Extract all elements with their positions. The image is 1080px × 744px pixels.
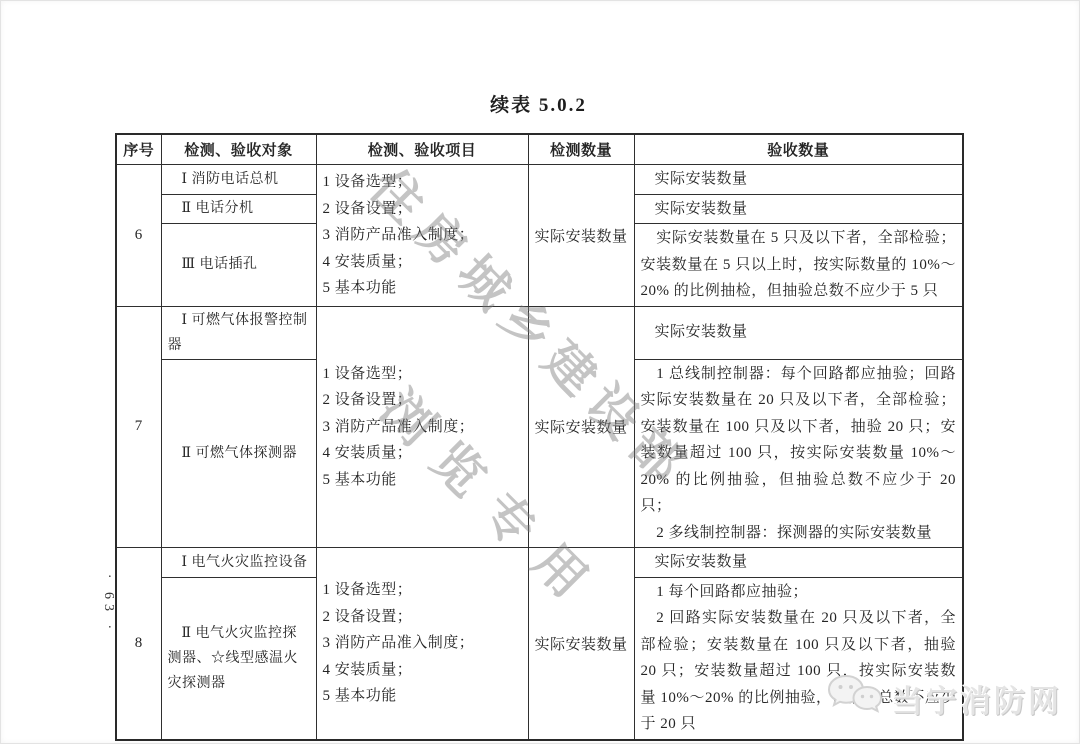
object-cell: Ⅱ 电气火灾监控探测器、☆线型感温火灾探测器 bbox=[161, 577, 316, 740]
item-text: 3 消防产品准入制度； bbox=[323, 630, 522, 657]
acceptance-text: 实际安装数量 bbox=[641, 549, 957, 576]
header-accept-qty: 验收数量 bbox=[634, 134, 963, 165]
item-text: 5 基本功能 bbox=[323, 683, 522, 710]
object-text: Ⅲ 电话插孔 bbox=[168, 252, 310, 277]
acceptance-cell: 实际安装数量 bbox=[634, 306, 963, 359]
acceptance-text: 实际安装数量 bbox=[641, 196, 957, 223]
table-row: 6 Ⅰ 消防电话总机 1 设备选型； 2 设备设置； 3 消防产品准入制度； 4… bbox=[116, 165, 963, 195]
seq-cell: 6 bbox=[116, 165, 161, 307]
page-title: 续表 5.0.2 bbox=[115, 90, 962, 117]
object-cell: Ⅱ 可燃气体探测器 bbox=[161, 359, 316, 548]
items-cell: 1 设备选型； 2 设备设置； 3 消防产品准入制度； 4 安装质量； 5 基本… bbox=[316, 548, 528, 740]
object-text: Ⅱ 电话分机 bbox=[168, 196, 310, 221]
seq-cell: 7 bbox=[116, 306, 161, 548]
object-text: Ⅰ 可燃气体报警控制器 bbox=[168, 308, 310, 358]
acceptance-cell: 实际安装数量 bbox=[634, 194, 963, 224]
header-object: 检测、验收对象 bbox=[161, 134, 316, 165]
object-cell: Ⅰ 消防电话总机 bbox=[161, 165, 316, 195]
acceptance-text: 实际安装数量 bbox=[641, 166, 957, 193]
acceptance-text: 1 每个回路都应抽验； bbox=[641, 579, 957, 606]
item-text: 5 基本功能 bbox=[323, 467, 522, 494]
items-cell: 1 设备选型； 2 设备设置； 3 消防产品准入制度； 4 安装质量； 5 基本… bbox=[316, 165, 528, 307]
item-text: 1 设备选型； bbox=[323, 169, 522, 196]
acceptance-cell: 实际安装数量 bbox=[634, 548, 963, 578]
acceptance-cell: 1 总线制控制器：每个回路都应抽验；回路实际安装数量在 20 只及以下者，全部检… bbox=[634, 359, 963, 548]
test-quantity-cell: 实际安装数量 bbox=[528, 165, 634, 307]
object-text: Ⅱ 电气火灾监控探测器、☆线型感温火灾探测器 bbox=[168, 621, 310, 696]
item-text: 4 安装质量； bbox=[323, 249, 522, 276]
item-text: 4 安装质量； bbox=[323, 657, 522, 684]
object-text: Ⅰ 消防电话总机 bbox=[168, 167, 310, 192]
acceptance-cell: 实际安装数量 bbox=[634, 165, 963, 195]
page-number: · 63 · bbox=[100, 554, 116, 654]
acceptance-cell: 实际安装数量在 5 只及以下者，全部检验；安装数量在 5 只以上时，按实际数量的… bbox=[634, 224, 963, 307]
object-text: Ⅱ 可燃气体探测器 bbox=[168, 441, 310, 466]
test-quantity-cell: 实际安装数量 bbox=[528, 306, 634, 548]
object-cell: Ⅰ 电气火灾监控设备 bbox=[161, 548, 316, 578]
acceptance-text: 2 多线制控制器：探测器的实际安装数量 bbox=[641, 520, 957, 547]
seq-cell: 8 bbox=[116, 548, 161, 740]
acceptance-text: 实际安装数量 bbox=[641, 319, 957, 346]
object-cell: Ⅱ 电话分机 bbox=[161, 194, 316, 224]
header-items: 检测、验收项目 bbox=[316, 134, 528, 165]
header-test-qty: 检测数量 bbox=[528, 134, 634, 165]
acceptance-text: 实际安装数量在 5 只及以下者，全部检验；安装数量在 5 只以上时，按实际数量的… bbox=[641, 225, 957, 305]
item-text: 2 设备设置； bbox=[323, 196, 522, 223]
object-text: Ⅰ 电气火灾监控设备 bbox=[168, 550, 310, 575]
item-text: 4 安装质量； bbox=[323, 440, 522, 467]
object-cell: Ⅰ 可燃气体报警控制器 bbox=[161, 306, 316, 359]
logo-text: 当宁消防网 bbox=[892, 676, 1062, 721]
chat-bubbles-icon bbox=[826, 673, 884, 724]
table-row: 8 Ⅰ 电气火灾监控设备 1 设备选型； 2 设备设置； 3 消防产品准入制度；… bbox=[116, 548, 963, 578]
items-cell: 1 设备选型； 2 设备设置； 3 消防产品准入制度； 4 安装质量； 5 基本… bbox=[316, 306, 528, 548]
header-seq: 序号 bbox=[116, 134, 161, 165]
acceptance-text: 1 总线制控制器：每个回路都应抽验；回路实际安装数量在 20 只及以下者，全部检… bbox=[641, 361, 957, 520]
item-text: 3 消防产品准入制度； bbox=[323, 414, 522, 441]
item-text: 5 基本功能 bbox=[323, 275, 522, 302]
table-row: 7 Ⅰ 可燃气体报警控制器 1 设备选型； 2 设备设置； 3 消防产品准入制度… bbox=[116, 306, 963, 359]
item-text: 2 设备设置； bbox=[323, 604, 522, 631]
acceptance-table: 序号 检测、验收对象 检测、验收项目 检测数量 验收数量 6 Ⅰ 消防电话总机 … bbox=[115, 133, 964, 741]
object-cell: Ⅲ 电话插孔 bbox=[161, 224, 316, 307]
site-logo: 当宁消防网 bbox=[826, 672, 1062, 724]
item-text: 1 设备选型； bbox=[323, 361, 522, 388]
item-text: 2 设备设置； bbox=[323, 387, 522, 414]
item-text: 1 设备选型； bbox=[323, 577, 522, 604]
table-header-row: 序号 检测、验收对象 检测、验收项目 检测数量 验收数量 bbox=[116, 134, 963, 165]
test-quantity-cell: 实际安装数量 bbox=[528, 548, 634, 740]
item-text: 3 消防产品准入制度； bbox=[323, 222, 522, 249]
